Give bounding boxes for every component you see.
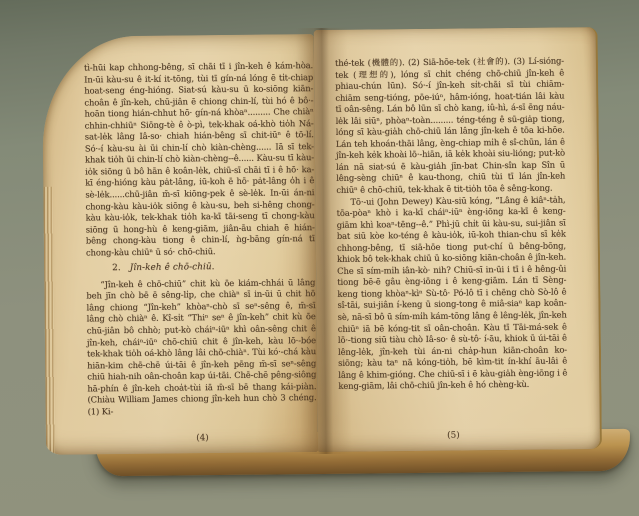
left-continuation-paragraph: tì-hūi kap chhong-bêng, sī chāi tī i jîn… [84, 60, 315, 259]
open-book: tì-hūi kap chhong-bêng, sī chāi tī i jîn… [34, 25, 605, 487]
section-number: 2. [112, 263, 121, 273]
section-title: Jîn-keh ê chō-chiū. [130, 262, 215, 273]
right-continuation-paragraph: thé-tek (機體的). (2) Siā-hōe-tek (社會的). (3… [335, 55, 565, 196]
right-page-text: thé-tek (機體的). (2) Siā-hōe-tek (社會的). (3… [335, 55, 567, 392]
left-page-number: (4) [88, 432, 317, 444]
left-page-text: tì-hūi kap chhong-bêng, sī chāi tī i jîn… [84, 60, 317, 418]
left-paragraph-2: “Jîn-keh ê chō-chiū” chit kù ōe kiám-chh… [86, 277, 316, 418]
right-paragraph-2: Tō·-ui (John Dewey) Kàu-siū kóng, “Lâng … [336, 194, 567, 393]
section-heading: 2.Jîn-keh ê chō-chiū. [112, 261, 315, 275]
book-page-right: thé-tek (機體的). (2) Siā-hōe-tek (社會的). (3… [314, 27, 602, 452]
photo-background: tì-hūi kap chhong-bêng, sī chāi tī i jîn… [0, 0, 639, 516]
book-page-left: tì-hūi kap chhong-bêng, sī chāi tī i jîn… [42, 34, 318, 455]
right-page-number: (5) [339, 429, 568, 441]
